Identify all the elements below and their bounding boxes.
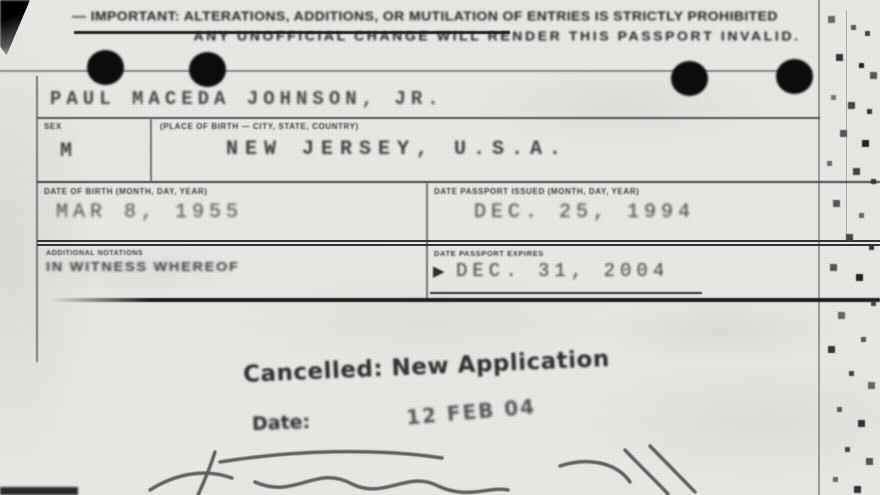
birthplace-value: NEW JERSEY, U.S.A. — [226, 138, 568, 161]
date-label-stamp: Date: — [252, 411, 311, 435]
punch-hole — [189, 52, 226, 87]
expiry-value: DEC. 31, 2004 — [456, 260, 669, 282]
sex-label: SEX — [44, 122, 62, 131]
punch-hole — [671, 61, 708, 96]
row-divider — [37, 117, 820, 119]
corner-fold-artifact — [0, 0, 30, 58]
issue-date-value: DEC. 25, 1994 — [474, 201, 695, 224]
issue-date-label: DATE PASSPORT ISSUED (MONTH, DAY, YEAR) — [434, 187, 639, 196]
notice-line-1: — IMPORTANT: ALTERATIONS, ADDITIONS, OR … — [72, 8, 812, 23]
expiry-label: DATE PASSPORT EXPIRES — [434, 249, 544, 258]
sex-value: M — [60, 140, 72, 163]
edge-crease — [846, 10, 847, 240]
birthdate-label: DATE OF BIRTH (MONTH, DAY, YEAR) — [44, 187, 208, 196]
cancelled-stamp: Cancelled: New Application — [243, 346, 611, 388]
cell-divider — [150, 119, 152, 181]
notation-label: ADDITIONAL NOTATIONS — [46, 250, 143, 257]
expiry-marker-icon: ▶ — [433, 262, 445, 280]
scanned-document-page: — IMPORTANT: ALTERATIONS, ADDITIONS, OR … — [0, 0, 880, 495]
expiry-underline — [430, 292, 702, 294]
notice-line-2: ANY UNOFFICIAL CHANGE WILL RENDER THIS P… — [192, 28, 802, 43]
birthdate-value: MAR 8, 1955 — [56, 201, 243, 224]
row-divider — [37, 181, 880, 183]
double-rule-bottom — [37, 244, 880, 246]
heavy-rule — [50, 298, 880, 302]
notation-stamp: IN WITNESS WHEREOF — [46, 259, 240, 274]
punch-hole — [87, 50, 124, 85]
name-value: PAUL MACEDA JOHNSON, JR. — [50, 88, 444, 110]
edge-noise-dots — [820, 4, 823, 7]
punch-hole — [776, 59, 813, 94]
date-stamp-value: 12 FEB 04 — [405, 394, 537, 429]
bearer-signature — [120, 438, 740, 495]
birthplace-label: (PLACE OF BIRTH — CITY, STATE, COUNTRY) — [160, 122, 359, 131]
double-rule-top — [37, 240, 880, 242]
scan-edge-bar — [0, 487, 78, 495]
card-right-border — [818, 0, 820, 495]
